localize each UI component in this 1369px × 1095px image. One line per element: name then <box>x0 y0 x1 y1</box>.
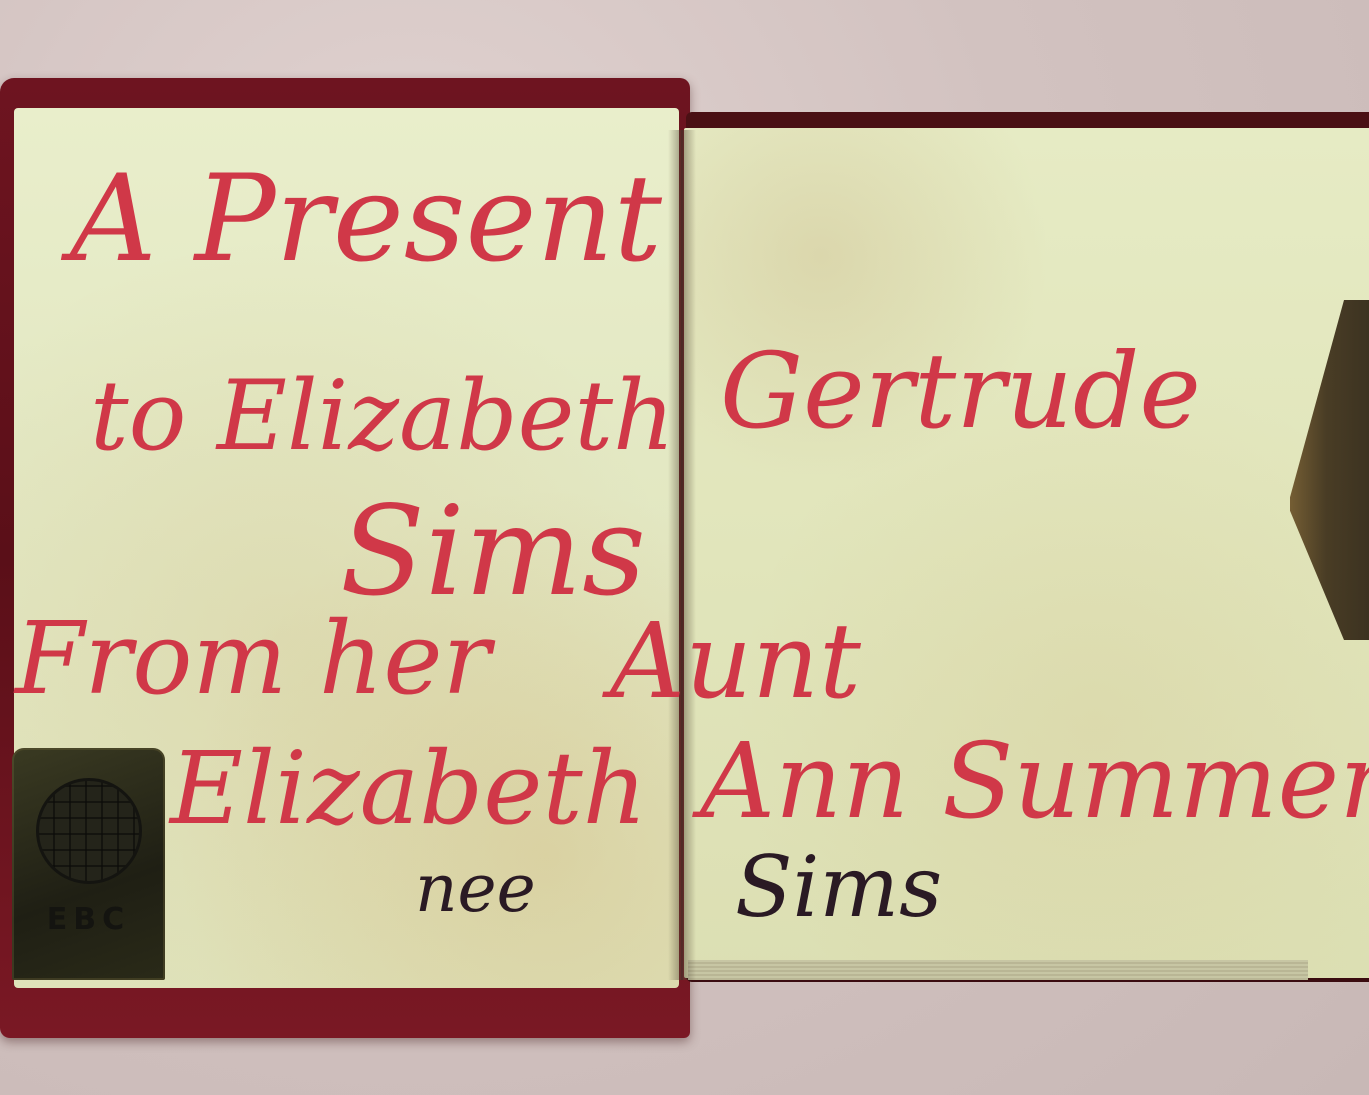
globe-icon <box>36 778 142 884</box>
annotation-sims: Sims <box>735 838 942 936</box>
inscription-line-2-right: Gertrude <box>720 330 1201 452</box>
inscription-line-2-left: to Elizabeth <box>90 360 675 472</box>
page-edges <box>688 960 1308 980</box>
inscription-line-5-right: Ann Summers <box>700 720 1369 842</box>
book-gutter <box>668 130 696 980</box>
label-text: EBC <box>47 902 130 937</box>
inscription-line-5-left: Elizabeth <box>170 730 647 847</box>
publisher-label: EBC <box>12 748 165 980</box>
photo-scene: EBC A Present to Elizabeth Gertrude Sims… <box>0 0 1369 1095</box>
inscription-line-4-right: Aunt <box>610 600 861 722</box>
inscription-line-4-left: From her <box>15 600 490 717</box>
inscription-line-1: A Present <box>70 150 662 289</box>
annotation-nee: nee <box>415 850 536 927</box>
